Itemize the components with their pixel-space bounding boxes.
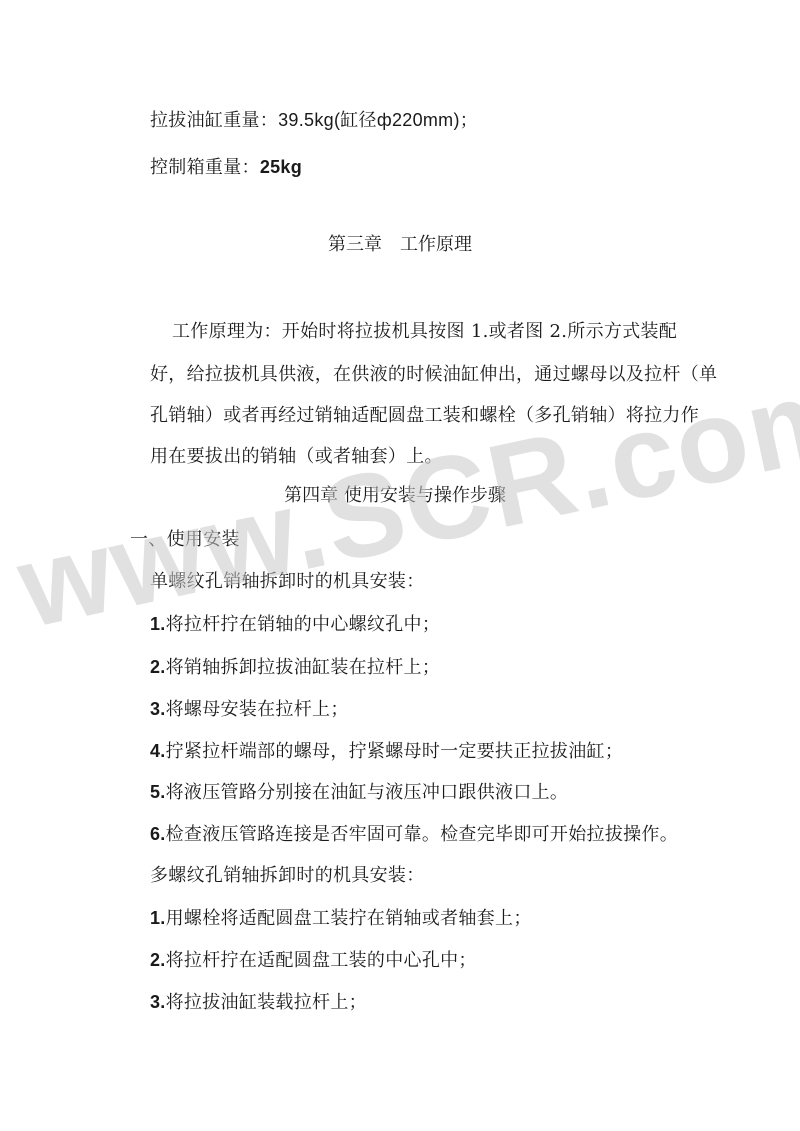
control-box-weight-label: 控制箱重量：	[150, 157, 260, 178]
chapter-3-title: 第三章 工作原理	[0, 233, 800, 257]
cylinder-weight-value: 39.5kg(缸径ф220mm)；	[278, 110, 478, 130]
control-box-weight-value: 25kg	[260, 157, 302, 177]
single-hole-step-6: 6.检查液压管路连接是否牢固可靠。检查完毕即可开始拉拔操作。	[150, 822, 678, 847]
section-1-title: 一、使用安装	[130, 528, 240, 552]
chapter-3-paragraph-line-3: 孔销轴）或者再经过销轴适配圆盘工装和螺栓（多孔销轴）将拉力作	[150, 404, 699, 428]
multi-hole-step-1: 1.用螺栓将适配圆盘工装拧在销轴或者轴套上；	[150, 906, 532, 931]
cylinder-weight-label: 拉拔油缸重量：	[150, 110, 278, 131]
multi-hole-step-3: 3.将拉拔油缸装载拉杆上；	[150, 990, 367, 1015]
document-page: 拉拔油缸重量：39.5kg(缸径ф220mm)； 控制箱重量：25kg 第三章 …	[0, 0, 800, 1131]
multi-hole-title: 多螺纹孔销轴拆卸时的机具安装：	[150, 864, 425, 888]
single-hole-step-1: 1.将拉杆拧在销轴的中心螺纹孔中；	[150, 612, 440, 637]
single-hole-step-4: 4.拧紧拉杆端部的螺母，拧紧螺母时一定要扶正拉拔油缸；	[150, 739, 623, 764]
chapter-4-title: 第四章 使用安装与操作步骤	[0, 484, 790, 508]
single-hole-title: 单螺纹孔销轴拆卸时的机具安装：	[150, 570, 425, 594]
multi-hole-step-2: 2.将拉杆拧在适配圆盘工装的中心孔中；	[150, 948, 477, 973]
chapter-3-paragraph-line-4: 用在要拔出的销轴（或者轴套）上。	[150, 445, 443, 469]
control-box-weight-line: 控制箱重量：25kg	[150, 155, 302, 180]
single-hole-step-3: 3.将螺母安装在拉杆上；	[150, 697, 349, 722]
chapter-3-paragraph-line-1: 工作原理为：开始时将拉拔机具按图 1.或者图 2.所示方式装配	[172, 320, 677, 344]
chapter-3-paragraph-line-2: 好，给拉拔机具供液，在供液的时候油缸伸出，通过螺母以及拉杆（单	[150, 363, 717, 387]
cylinder-weight-line: 拉拔油缸重量：39.5kg(缸径ф220mm)；	[150, 108, 478, 133]
single-hole-step-5: 5.将液压管路分别接在油缸与液压冲口跟供液口上。	[150, 780, 568, 805]
single-hole-step-2: 2.将销轴拆卸拉拔油缸装在拉杆上；	[150, 655, 440, 680]
